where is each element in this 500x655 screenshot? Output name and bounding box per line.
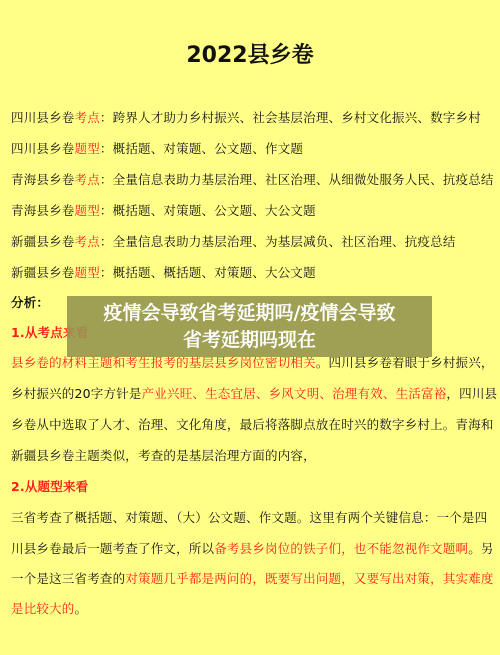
paragraph-line: 川县乡卷最后一题考查了作文，所以备考县乡岗位的铁子们，也不能忽视作文题啊。另: [11, 539, 494, 557]
overlay-line-1: 疫情会导致省考延期吗/疫情会导致: [67, 300, 432, 327]
section2-heading: 2.从题型来看: [11, 477, 88, 495]
paragraph-line: 是比较大的。: [11, 599, 87, 617]
paragraph-line: 一个是这三省考查的对策题几乎都是两问的，既要写出问题，又要写出对策，其实难度: [11, 569, 494, 587]
overlay-title-banner: 疫情会导致省考延期吗/疫情会导致 省考延期吗现在: [67, 296, 432, 357]
summary-line: 四川县乡卷题型：概括题、对策题、公文题、作文题: [11, 139, 303, 157]
summary-line: 新疆县乡卷考点：全量信息表助力基层治理、为基层减负、社区治理、抗疫总结: [11, 232, 456, 250]
paragraph-line: 乡村振兴的20字方针是产业兴旺、生态宜居、乡风文明、治理有效、生活富裕，四川县: [11, 384, 497, 402]
summary-line: 新疆县乡卷题型：概括题、概括题、对策题、大公文题: [11, 263, 316, 281]
overlay-line-2: 省考延期吗现在: [67, 327, 432, 354]
summary-line: 青海县乡卷题型：概括题、对策题、公文题、大公文题: [11, 201, 316, 219]
paragraph-line: 三省考查了概括题、对策题、（大）公文题、作文题。这里有两个关键信息：一个是四: [11, 508, 487, 526]
document-title: 2022县乡卷: [0, 38, 500, 69]
analysis-label: 分析：: [11, 293, 49, 311]
summary-line: 四川县乡卷考点：跨界人才助力乡村振兴、社会基层治理、乡村文化振兴、数字乡村: [11, 108, 481, 126]
paragraph-line: 新疆县乡卷主题类似，考查的是基层治理方面的内容，: [11, 446, 316, 464]
summary-line: 青海县乡卷考点：全量信息表助力基层治理、社区治理、从细微处服务人民、抗疫总结: [11, 170, 494, 188]
paragraph-line: 乡卷从中选取了人才、治理、文化角度，最后将落脚点放在时兴的数字乡村上。青海和: [11, 415, 494, 433]
